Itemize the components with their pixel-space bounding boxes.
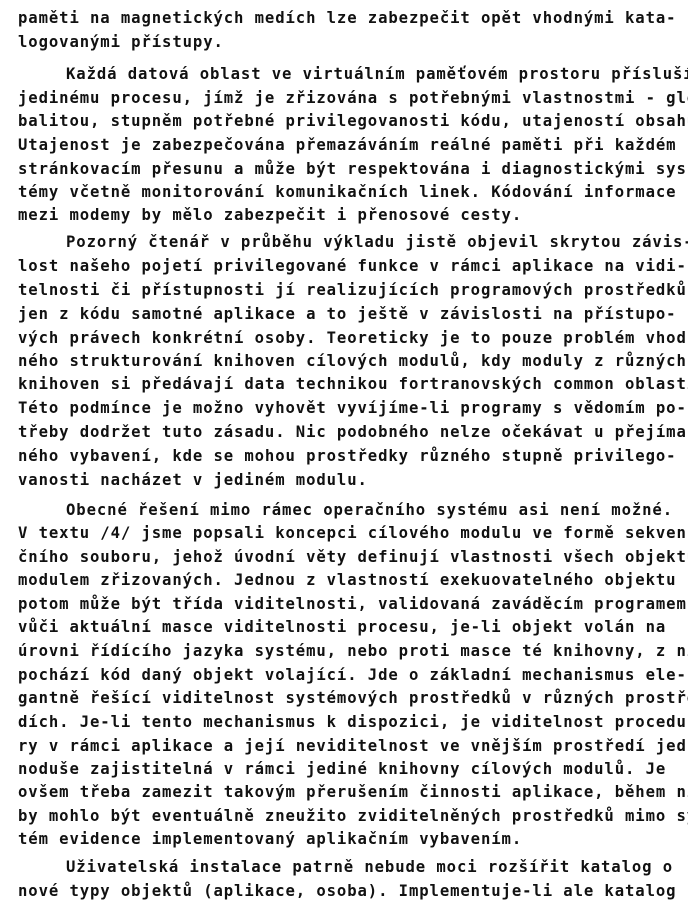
text-line: vanosti nacházet v jediném modulu. — [18, 470, 368, 490]
text-line: knihoven si předávají data technikou for… — [18, 374, 688, 394]
text-line: by mohlo být eventuálně zneužito zvidite… — [18, 806, 688, 826]
text-line: třeby dodržet tuto zásadu. Nic podobného… — [18, 422, 688, 442]
text-line: jedinému procesu, jímž je zřizována s po… — [18, 88, 688, 108]
text-line: vůči aktuální masce viditelnosti procesu… — [18, 617, 666, 637]
text-line: Utajenost je zabezpečována přemazáváním … — [18, 135, 676, 155]
text-line: vých právech konkrétní osoby. Teoreticky… — [18, 328, 688, 348]
text-line: mezi modemy by mělo zabezpečit i přenoso… — [18, 205, 522, 225]
text-line: ry v rámci aplikace a její neviditelnost… — [18, 736, 688, 756]
text-line: dích. Je-li tento mechanismus k dispozic… — [18, 712, 688, 732]
text-line: Uživatelská instalace patrně nebude moci… — [66, 857, 673, 877]
text-line: jen z kódu samotné aplikace a to ještě v… — [18, 304, 676, 324]
text-line: modulem zřizovaných. Jednou z vlastností… — [18, 570, 676, 590]
text-line: stránkovacím přesunu a může být respekto… — [18, 159, 688, 179]
text-line: V textu /4/ jsme popsali koncepci cílové… — [18, 523, 688, 543]
text-line: Této podmínce je možno vyhovět vyvíjíme-… — [18, 398, 687, 418]
text-line: ného strukturování knihoven cílových mod… — [18, 351, 687, 371]
text-line: témy včetně monitorování komunikačních l… — [18, 182, 676, 202]
text-line: lost našeho pojetí privilegované funkce … — [18, 256, 687, 276]
text-line: logovanými přístupy. — [18, 32, 224, 52]
text-line: úrovni řídícího jazyka systému, nebo pro… — [18, 641, 688, 661]
text-line: Pozorný čtenář v průběhu výkladu jistě o… — [66, 232, 688, 252]
text-line: nové typy objektů (aplikace, osoba). Imp… — [18, 881, 676, 901]
text-line: čního souboru, jehož úvodní věty definuj… — [18, 547, 688, 567]
text-line: Každá datová oblast ve virtuálním paměťo… — [66, 64, 688, 84]
typewritten-page: paměti na magnetických medích lze zabezp… — [0, 0, 688, 912]
text-line: balitou, stupněm potřebné privilegovanos… — [18, 111, 688, 131]
text-line: ovšem třeba zamezit takovým přerušením č… — [18, 782, 688, 802]
text-line: noduše zajistitelná v rámci jediné kniho… — [18, 759, 666, 779]
text-line: paměti na magnetických medích lze zabezp… — [18, 8, 676, 28]
text-line: tém evidence implementovaný aplikačním v… — [18, 829, 522, 849]
text-line: Obecné řešení mimo rámec operačního syst… — [66, 500, 673, 520]
text-line: gantně řešící viditelnost systémových pr… — [18, 688, 688, 708]
text-line: pochází kód daný objekt volající. Jde o … — [18, 665, 687, 685]
text-line: ného vybavení, kde se mohou prostředky r… — [18, 446, 676, 466]
text-line: potom může být třída viditelnosti, valid… — [18, 594, 687, 614]
text-line: telnosti či přístupnosti jí realizujícíc… — [18, 280, 687, 300]
